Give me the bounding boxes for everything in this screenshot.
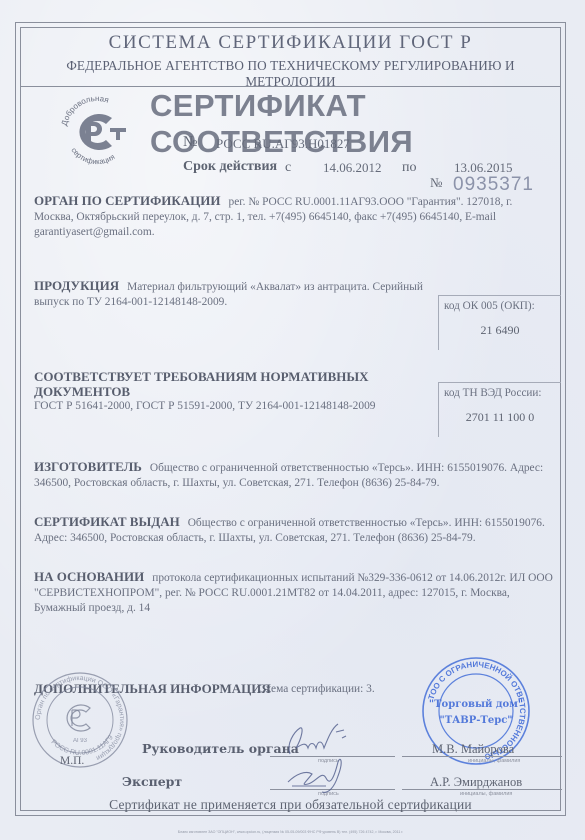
organ-stamp-code: АГ93 — [73, 738, 88, 744]
name-caption: инициалы, фамилия — [468, 758, 520, 764]
section-conformity: СООТВЕТСТВУЕТ ТРЕБОВАНИЯМ НОРМАТИВНЫХ ДО… — [34, 369, 434, 414]
blank-number-label: № — [430, 175, 442, 191]
validity-label: Срок действия — [183, 159, 277, 175]
company-stamp-line1: "Торговый дом" — [429, 699, 523, 710]
svg-text:Орган по сертификации ООО «Гар: Орган по сертификации ООО «Гарантия» про… — [35, 675, 125, 761]
okp-code-label: код ОК 005 (ОКП): — [444, 300, 535, 312]
footer-note: Сертификат не применяется при обязательн… — [20, 797, 561, 813]
section-product: ПРОДУКЦИЯМатериал фильтрующий «Аквалат» … — [34, 278, 434, 310]
registration-number: РОСС RU.АГ93.Н01827 — [216, 136, 350, 152]
section-basis: НА ОСНОВАНИИпротокола сертификационных и… — [34, 569, 554, 616]
okp-code-value: 21 6490 — [439, 323, 561, 338]
section-label: НА ОСНОВАНИИ — [34, 569, 144, 584]
validity-to-label: по — [402, 160, 417, 176]
agency-title: ФЕДЕРАЛЬНОЕ АГЕНТСТВО ПО ТЕХНИЧЕСКОМУ РЕ… — [20, 58, 561, 90]
section-issued-to: СЕРТИФИКАТ ВЫДАНОбщество с ограниченной … — [34, 514, 554, 546]
organ-stamp-ring-text: Орган по сертификации ООО «Гарантия» про… — [35, 675, 125, 761]
rst-logo-icon: Добровольная сертификация — [58, 94, 136, 166]
system-title: СИСТЕМА СЕРТИФИКАЦИИ ГОСТ Р — [20, 32, 561, 54]
section-label: ПРОДУКЦИЯ — [34, 278, 119, 293]
stamp-place-label: М.П. — [60, 755, 84, 767]
section-label: СООТВЕТСТВУЕТ ТРЕБОВАНИЯМ НОРМАТИВНЫХ ДО… — [34, 369, 434, 399]
company-stamp-line2: "ТАВР-Терс" — [439, 715, 512, 726]
validity-from-label: с — [285, 160, 291, 176]
registration-number-label: № — [183, 134, 197, 151]
section-label: ИЗГОТОВИТЕЛЬ — [34, 459, 142, 474]
expert-label: Эксперт — [122, 774, 182, 789]
tnved-code-box: код ТН ВЭД России: 2701 11 100 0 — [438, 382, 561, 437]
section-label: СЕРТИФИКАТ ВЫДАН — [34, 514, 180, 529]
section-label: ОРГАН ПО СЕРТИФИКАЦИИ — [34, 193, 221, 208]
okp-code-box: код ОК 005 (ОКП): 21 6490 — [438, 295, 561, 350]
validity-from-date: 14.06.2012 — [323, 160, 382, 176]
tnved-code-value: 2701 11 100 0 — [439, 410, 561, 425]
printer-info: Бланк изготовлен ЗАО "ОПЦИОН", www.opcio… — [20, 830, 561, 834]
section-certification-body: ОРГАН ПО СЕРТИФИКАЦИИрег. № РОСС RU.0001… — [34, 193, 554, 240]
additional-info-text: Схема сертификации: 3. — [258, 683, 375, 695]
tnved-code-label: код ТН ВЭД России: — [444, 387, 542, 399]
section-text: ГОСТ Р 51641-2000, ГОСТ Р 51591-2000, ТУ… — [34, 399, 434, 414]
section-manufacturer: ИЗГОТОВИТЕЛЬОбщество с ограниченной отве… — [34, 459, 554, 491]
expert-signature-icon — [282, 752, 352, 798]
head-name: М.В. Майорова — [432, 742, 514, 757]
expert-name: А.Р. Эмирджанов — [430, 775, 522, 790]
head-of-body-label: Руководитель органа — [142, 741, 299, 756]
